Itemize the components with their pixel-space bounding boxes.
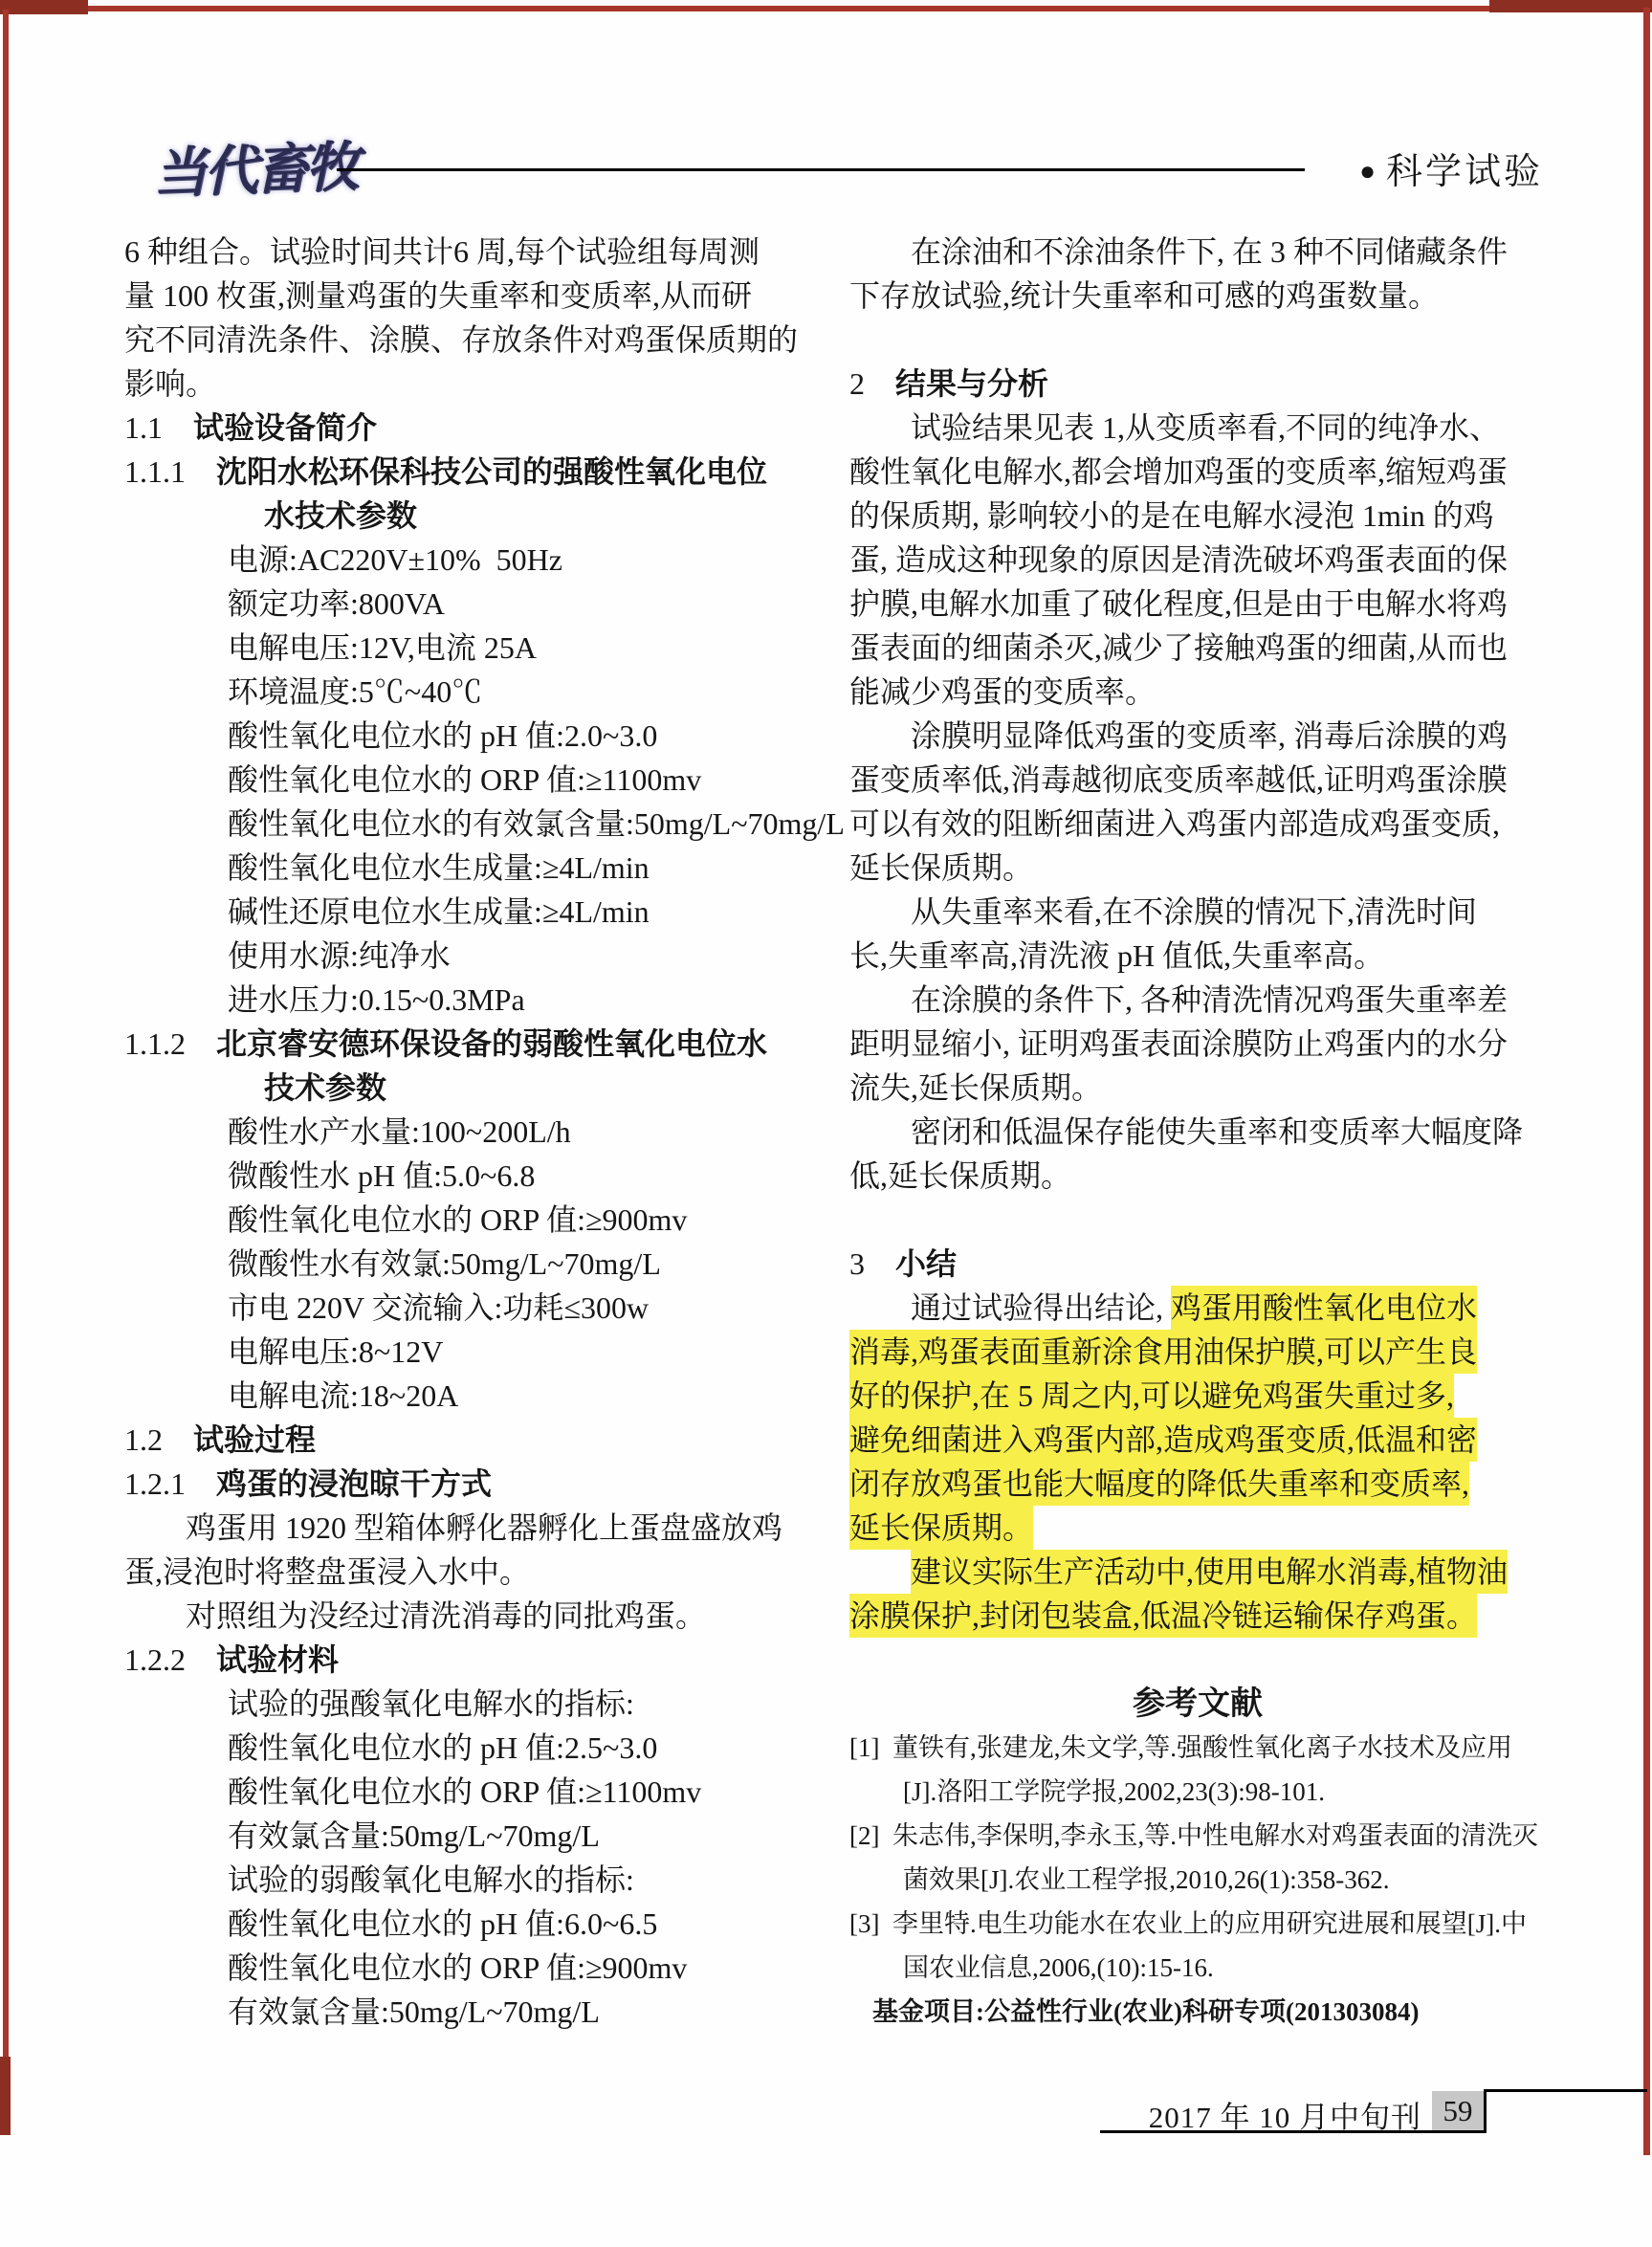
text-span: 电解电压:12V,电流 25A [228,630,537,665]
text-span: 碱性还原电位水生成量:≥4L/min [228,894,650,929]
text-span: [2] 朱志伟,李保明,李永玉,等.中性电解水对鸡蛋表面的清洗灭 [849,1821,1538,1850]
text-line: 环境温度:5℃~40℃ [124,670,799,714]
text-span: 微酸性水 pH 值:5.0~6.8 [228,1158,535,1193]
text-span: 试验材料 [216,1642,339,1677]
highlighted-text: 消毒,鸡蛋表面重新涂食用油保护膜,可以产生良 [849,1330,1477,1374]
text-line: 低,延长保质期。 [849,1154,1546,1198]
highlighted-text: 涂膜保护,封闭包装盒,低温冷链运输保存鸡蛋。 [849,1594,1477,1638]
heading-1-1-2: 1.1.2北京睿安德环保设备的弱酸性氧化电位水 [124,1022,799,1066]
text-span: 下存放试验,统计失重率和可感的鸡蛋数量。 [849,278,1439,313]
text-line: 酸性氧化电位水的 pH 值:2.0~3.0 [124,714,799,758]
text-span: [1] 董铁有,张建龙,朱文学,等.强酸性氧化离子水技术及应用 [849,1733,1512,1762]
text-line: 量 100 枚蛋,测量鸡蛋的失重率和变质率,从而研 [124,274,799,318]
text-line: 究不同清洗条件、涂膜、存放条件对鸡蛋保质期的 [124,318,799,362]
text-line: 蛋表面的细菌杀灭,减少了接触鸡蛋的细菌,从而也 [849,626,1546,670]
text-line: 菌效果[J].农业工程学报,2010,26(1):358-362. [849,1858,1546,1902]
text-span: 6 种组合。试验时间共计6 周,每个试验组每周测 [124,234,760,269]
text-line: 蛋, 造成这种现象的原因是清洗破坏鸡蛋表面的保 [849,538,1546,582]
text-span: 国农业信息,2006,(10):15-16. [903,1953,1214,1982]
heading-1-1-1: 1.1.1沈阳水松环保科技公司的强酸性氧化电位 [124,450,799,494]
text-span: 涂膜明显降低鸡蛋的变质率, 消毒后涂膜的鸡 [911,718,1508,753]
text-span: 流失,延长保质期。 [849,1070,1102,1105]
text-span: 酸性水产水量:100~200L/h [228,1114,571,1149]
text-span: 电源:AC220V±10% 50Hz [228,542,562,577]
text-span: 2 [849,366,865,401]
text-span: 3 [849,1246,865,1281]
heading-1-2: 1.2试验过程 [124,1418,799,1462]
text-span: 1.2.1 [124,1466,186,1501]
highlighted-text: 延长保质期。 [849,1506,1033,1550]
text-line: 碱性还原电位水生成量:≥4L/min [124,890,799,934]
funding-note: 基金项目:公益性行业(农业)科研专项(201303084) [849,1990,1546,2034]
text-line: 进水压力:0.15~0.3MPa [124,978,799,1022]
text-span: [J].洛阳工学院学报,2002,23(3):98-101. [903,1777,1325,1806]
highlighted-conclusion: 通过试验得出结论, 鸡蛋用酸性氧化电位水 [849,1286,1546,1330]
journal-page: 当代畜牧 ●科学试验 6 种组合。试验时间共计6 周,每个试验组每周测量 100… [0,0,1652,2247]
text-span: 距明显缩小, 证明鸡蛋表面涂膜防止鸡蛋内的水分 [849,1026,1508,1061]
text-span: 1.1.1 [124,454,186,489]
text-line: 电解电流:18~20A [124,1374,799,1418]
heading-3: 3小结 [849,1242,1546,1286]
text-line: 有效氯含量:50mg/L~70mg/L [124,1990,799,2034]
text-line: 密闭和低温保存能使失重率和变质率大幅度降 [849,1110,1546,1154]
text-span: 额定功率:800VA [228,586,445,621]
text-line: 涂膜保护,封闭包装盒,低温冷链运输保存鸡蛋。 [849,1594,1546,1638]
text-line: 电解电压:8~12V [124,1330,799,1374]
text-line: 可以有效的阻断细菌进入鸡蛋内部造成鸡蛋变质, [849,802,1546,846]
text-span: 北京睿安德环保设备的弱酸性氧化电位水 [216,1026,767,1061]
text-line: 酸性氧化电位水的 ORP 值:≥900mv [124,1946,799,1990]
text-line: 电源:AC220V±10% 50Hz [124,538,799,582]
text-span: 能减少鸡蛋的变质率。 [849,674,1156,709]
text-span: [3] 李里特.电生功能水在农业上的应用研究进展和展望[J].中 [849,1909,1527,1938]
bullet-icon: ● [1359,156,1378,186]
text-line: 额定功率:800VA [124,582,799,626]
text-span: 蛋,浸泡时将整盘蛋浸入水中。 [124,1554,530,1589]
text-line: 酸性水产水量:100~200L/h [124,1110,799,1154]
text-span: 酸性氧化电位水的 ORP 值:≥900mv [228,1950,687,1985]
text-span: 延长保质期。 [849,850,1033,885]
highlighted-text: 避免细菌进入鸡蛋内部,造成鸡蛋变质,低温和密 [849,1418,1477,1462]
heading-1-2-1: 1.2.1鸡蛋的浸泡晾干方式 [124,1462,799,1506]
text-span: 究不同清洗条件、涂膜、存放条件对鸡蛋保质期的 [124,322,798,357]
scan-mark-top-right [1489,0,1652,12]
text-line: 酸性氧化电位水的有效氯含量:50mg/L~70mg/L [124,802,799,846]
text-line [849,1638,1546,1682]
text-span: 鸡蛋的浸泡晾干方式 [216,1466,492,1501]
text-line: 避免细菌进入鸡蛋内部,造成鸡蛋变质,低温和密 [849,1418,1546,1462]
text-line: 电解电压:12V,电流 25A [124,626,799,670]
heading-2: 2结果与分析 [849,362,1546,406]
text-span: 在涂油和不涂油条件下, 在 3 种不同储藏条件 [911,234,1508,269]
text-line: 酸性氧化电解水,都会增加鸡蛋的变质率,缩短鸡蛋 [849,450,1546,494]
text-span: 试验设备简介 [193,410,377,445]
text-line: 酸性氧化电位水的 pH 值:6.0~6.5 [124,1902,799,1946]
text-line: 试验的强酸氧化电解水的指标: [124,1682,799,1726]
scan-mark-bottom-left [0,2057,11,2135]
text-line: 好的保护,在 5 周之内,可以避免鸡蛋失重过多, [849,1374,1546,1418]
text-line: 流失,延长保质期。 [849,1066,1546,1110]
text-line: 酸性氧化电位水生成量:≥4L/min [124,846,799,890]
reference-3: [3] 李里特.电生功能水在农业上的应用研究进展和展望[J].中 [849,1902,1546,1946]
text-line: 酸性氧化电位水的 ORP 值:≥900mv [124,1198,799,1242]
text-span: 试验的强酸氧化电解水的指标: [228,1686,634,1721]
highlighted-text: 闭存放鸡蛋也能大幅度的降低失重率和变质率, [849,1462,1469,1506]
text-span: 1.2.2 [124,1642,186,1677]
text-line: 下存放试验,统计失重率和可感的鸡蛋数量。 [849,274,1546,318]
text-line [849,1198,1546,1242]
text-span: 鸡蛋用 1920 型箱体孵化器孵化上蛋盘盛放鸡 [186,1510,782,1545]
text-span: 电解电压:8~12V [228,1334,443,1369]
text-line: 涂膜明显降低鸡蛋的变质率, 消毒后涂膜的鸡 [849,714,1546,758]
text-line: 试验结果见表 1,从变质率看,不同的纯净水、 [849,406,1546,450]
scan-mark-left-edge [3,10,9,2131]
journal-logo: 当代畜牧 [152,124,358,208]
text-span: 基金项目:公益性行业(农业)科研专项(201303084) [872,1997,1419,2026]
text-span: 进水压力:0.15~0.3MPa [228,982,525,1017]
text-span: 低,延长保质期。 [849,1158,1071,1193]
text-line: 在涂膜的条件下, 各种清洗情况鸡蛋失重率差 [849,978,1546,1022]
text-line: 蛋变质率低,消毒越彻底变质率越低,证明鸡蛋涂膜 [849,758,1546,802]
text-span: 环境温度:5℃~40℃ [228,674,482,709]
text-span: 从失重率来看,在不涂膜的情况下,清洗时间 [911,894,1477,929]
text-span: 酸性氧化电位水的 pH 值:6.0~6.5 [228,1906,657,1941]
text-span: 结果与分析 [895,366,1048,401]
text-span: 通过试验得出结论, [911,1290,1171,1325]
text-span: 酸性氧化电位水的 ORP 值:≥900mv [228,1202,687,1237]
footer-corner-vertical-rule [1484,2089,1487,2133]
text-span: 在涂膜的条件下, 各种清洗情况鸡蛋失重率差 [911,982,1508,1017]
highlighted-text: 鸡蛋用酸性氧化电位水 [1171,1286,1477,1330]
text-span: 1.1 [124,410,163,445]
heading-1-1-2-wrap: 技术参数 [124,1066,799,1110]
heading-1-1-1-wrap: 水技术参数 [124,494,799,538]
reference-2: [2] 朱志伟,李保明,李永玉,等.中性电解水对鸡蛋表面的清洗灭 [849,1814,1546,1858]
text-line: 距明显缩小, 证明鸡蛋表面涂膜防止鸡蛋内的水分 [849,1022,1546,1066]
text-span: 酸性氧化电位水生成量:≥4L/min [228,850,650,885]
text-line: 对照组为没经过清洗消毒的同批鸡蛋。 [124,1594,799,1638]
text-line: 微酸性水有效氯:50mg/L~70mg/L [124,1242,799,1286]
text-span: 酸性氧化电位水的 ORP 值:≥1100mv [228,762,701,797]
text-line: 长,失重率高,清洗液 pH 值低,失重率高。 [849,934,1546,978]
text-span: 使用水源:纯净水 [228,938,451,973]
text-line: 护膜,电解水加重了破化程度,但是由于电解水将鸡 [849,582,1546,626]
text-line: 6 种组合。试验时间共计6 周,每个试验组每周测 [124,230,799,274]
scan-mark-top-edge [0,6,1652,11]
text-line: 从失重率来看,在不涂膜的情况下,清洗时间 [849,890,1546,934]
text-line: 蛋,浸泡时将整盘蛋浸入水中。 [124,1550,799,1594]
text-span: 蛋表面的细菌杀灭,减少了接触鸡蛋的细菌,从而也 [849,630,1508,665]
text-line: 市电 220V 交流输入:功耗≤300w [124,1286,799,1330]
section-label: ●科学试验 [1359,142,1543,194]
section-label-text: 科学试验 [1386,152,1543,192]
text-span: 量 100 枚蛋,测量鸡蛋的失重率和变质率,从而研 [124,278,752,313]
text-span: 试验结果见表 1,从变质率看,不同的纯净水、 [911,410,1500,445]
text-span: 长,失重率高,清洗液 pH 值低,失重率高。 [849,938,1384,973]
text-span: 的保质期, 影响较小的是在电解水浸泡 1min 的鸡 [849,498,1494,533]
left-column: 6 种组合。试验时间共计6 周,每个试验组每周测量 100 枚蛋,测量鸡蛋的失重… [124,230,799,2034]
text-span: 密闭和低温保存能使失重率和变质率大幅度降 [911,1114,1523,1149]
text-line: 影响。 [124,362,799,406]
highlighted-recommendation: 建议实际生产活动中,使用电解水消毒,植物油 [849,1550,1546,1594]
text-line: 酸性氧化电位水的 pH 值:2.5~3.0 [124,1726,799,1770]
text-line: 能减少鸡蛋的变质率。 [849,670,1546,714]
text-line [849,318,1546,362]
footer-corner-horizontal-rule [1484,2089,1647,2092]
text-span: 有效氯含量:50mg/L~70mg/L [228,1994,600,2029]
highlighted-text: 好的保护,在 5 周之内,可以避免鸡蛋失重过多, [849,1374,1454,1418]
right-column: 在涂油和不涂油条件下, 在 3 种不同储藏条件下存放试验,统计失重率和可感的鸡蛋… [849,230,1546,2034]
text-span: 菌效果[J].农业工程学报,2010,26(1):358-362. [903,1865,1389,1894]
text-line: 有效氯含量:50mg/L~70mg/L [124,1814,799,1858]
text-span: 试验过程 [193,1422,316,1457]
page-number-badge: 59 [1432,2091,1484,2130]
text-span: 对照组为没经过清洗消毒的同批鸡蛋。 [186,1598,706,1633]
text-line: 国农业信息,2006,(10):15-16. [849,1946,1546,1990]
text-span: 试验的弱酸氧化电解水的指标: [228,1862,634,1897]
text-line: 鸡蛋用 1920 型箱体孵化器孵化上蛋盘盛放鸡 [124,1506,799,1550]
text-line: 试验的弱酸氧化电解水的指标: [124,1858,799,1902]
text-span: 小结 [895,1246,957,1281]
text-line: 延长保质期。 [849,1506,1546,1550]
text-span: 电解电流:18~20A [228,1378,458,1413]
heading-1-1: 1.1试验设备简介 [124,406,799,450]
text-span: 蛋变质率低,消毒越彻底变质率越低,证明鸡蛋涂膜 [849,762,1508,797]
text-span: 酸性氧化电位水的 ORP 值:≥1100mv [228,1774,701,1809]
text-line: 消毒,鸡蛋表面重新涂食用油保护膜,可以产生良 [849,1330,1546,1374]
text-line: 酸性氧化电位水的 ORP 值:≥1100mv [124,1770,799,1814]
text-line: [J].洛阳工学院学报,2002,23(3):98-101. [849,1770,1546,1814]
text-line: 闭存放鸡蛋也能大幅度的降低失重率和变质率, [849,1462,1546,1506]
text-span: 水技术参数 [264,498,417,533]
text-span: 酸性氧化电解水,都会增加鸡蛋的变质率,缩短鸡蛋 [849,454,1508,489]
text-span: 酸性氧化电位水的 pH 值:2.5~3.0 [228,1730,657,1765]
text-line: 在涂油和不涂油条件下, 在 3 种不同储藏条件 [849,230,1546,274]
text-line: 微酸性水 pH 值:5.0~6.8 [124,1154,799,1198]
reference-1: [1] 董铁有,张建龙,朱文学,等.强酸性氧化离子水技术及应用 [849,1726,1546,1770]
text-span: 护膜,电解水加重了破化程度,但是由于电解水将鸡 [849,586,1508,621]
text-line: 延长保质期。 [849,846,1546,890]
text-span: 技术参数 [264,1070,386,1105]
text-span: 酸性氧化电位水的有效氯含量:50mg/L~70mg/L [228,806,845,841]
text-line: 酸性氧化电位水的 ORP 值:≥1100mv [124,758,799,802]
text-span: 酸性氧化电位水的 pH 值:2.0~3.0 [228,718,657,753]
text-span: 沈阳水松环保科技公司的强酸性氧化电位 [216,454,767,489]
text-line: 使用水源:纯净水 [124,934,799,978]
heading-1-2-2: 1.2.2试验材料 [124,1638,799,1682]
scan-mark-top-left [0,0,88,14]
text-span: 微酸性水有效氯:50mg/L~70mg/L [228,1246,661,1281]
text-span: 市电 220V 交流输入:功耗≤300w [228,1290,649,1325]
text-span: 蛋, 造成这种现象的原因是清洗破坏鸡蛋表面的保 [849,542,1508,577]
footer-underline [1100,2130,1487,2133]
references-title: 参考文献 [849,1682,1546,1726]
text-span: 影响。 [124,366,216,401]
text-span: 1.2 [124,1422,163,1457]
text-span: 可以有效的阻断细菌进入鸡蛋内部造成鸡蛋变质, [849,806,1500,841]
highlighted-text: 建议实际生产活动中,使用电解水消毒,植物油 [911,1550,1508,1594]
text-span: 1.1.2 [124,1026,186,1061]
text-span: 有效氯含量:50mg/L~70mg/L [228,1818,600,1853]
header-rule [337,168,1305,171]
text-span: 参考文献 [1133,1685,1263,1722]
scan-mark-right-edge [1643,8,1650,2155]
text-line: 的保质期, 影响较小的是在电解水浸泡 1min 的鸡 [849,494,1546,538]
